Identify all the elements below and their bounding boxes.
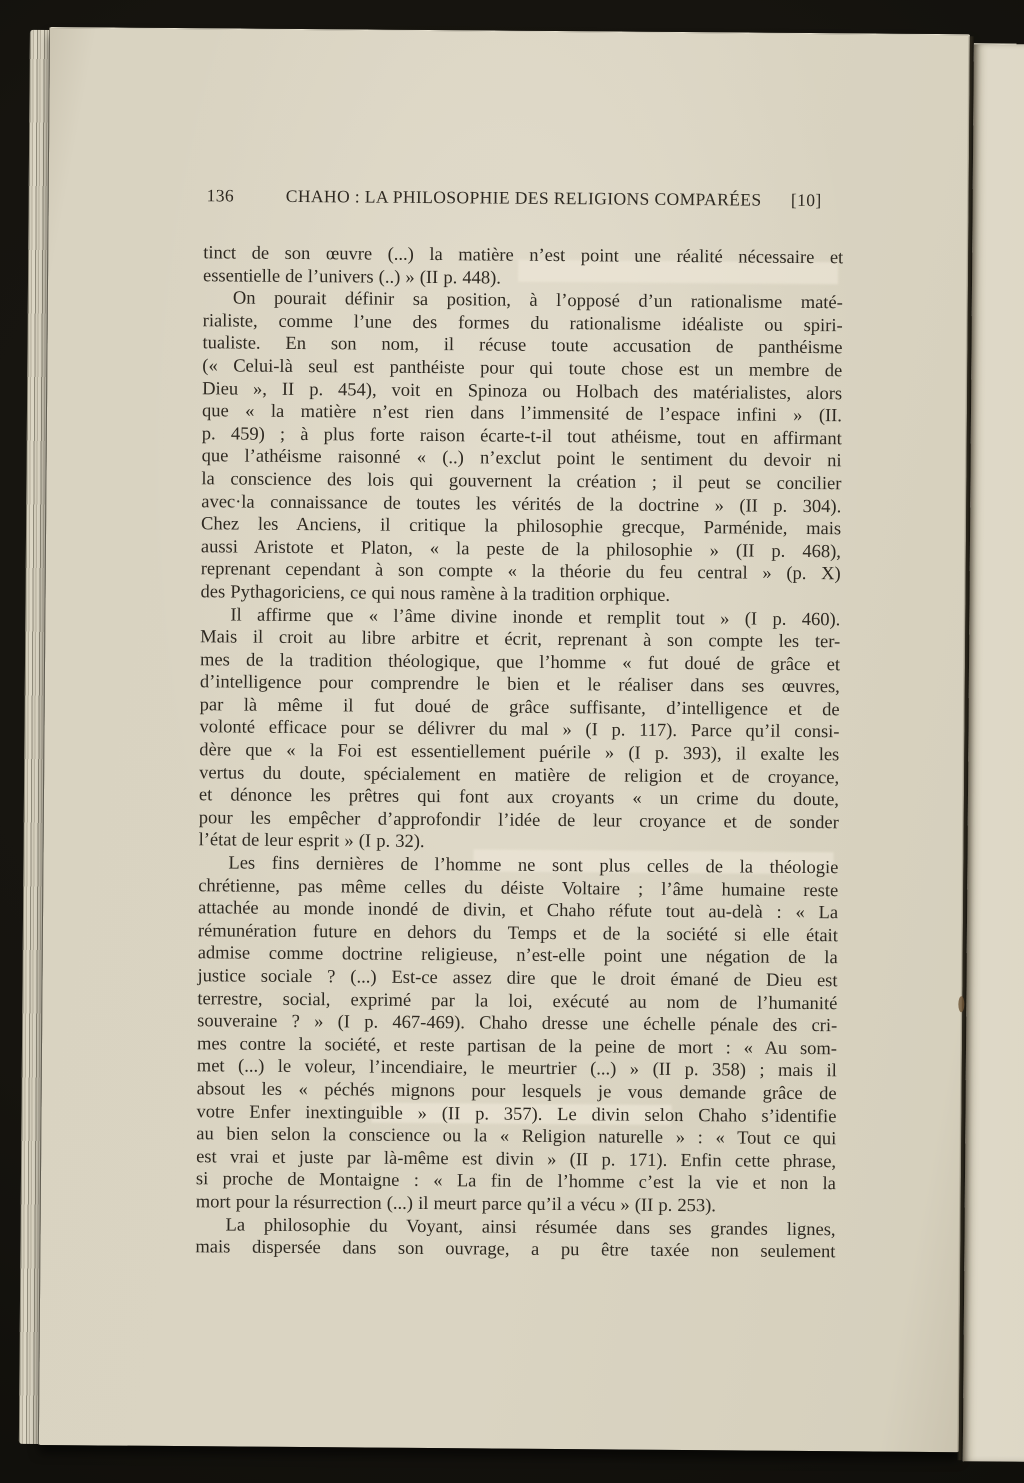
- facing-page-edge: [963, 43, 1024, 1462]
- running-header: 136 CHAHO : LA PHILOSOPHIE DES RELIGIONS…: [204, 185, 844, 216]
- running-title: CHAHO : LA PHILOSOPHIE DES RELIGIONS COM…: [204, 185, 844, 211]
- page-content: 136 CHAHO : LA PHILOSOPHIE DES RELIGIONS…: [195, 185, 843, 1264]
- column-reference: [10]: [791, 190, 822, 211]
- text-line: mais dispersée dans son ouvrage, a pu êt…: [195, 1236, 835, 1264]
- book-page: 136 CHAHO : LA PHILOSOPHIE DES RELIGIONS…: [39, 27, 970, 1452]
- text-block: tinct de son œuvre (...) la matière n’es…: [195, 242, 843, 1264]
- open-book: 136 CHAHO : LA PHILOSOPHIE DES RELIGIONS…: [35, 27, 1024, 1465]
